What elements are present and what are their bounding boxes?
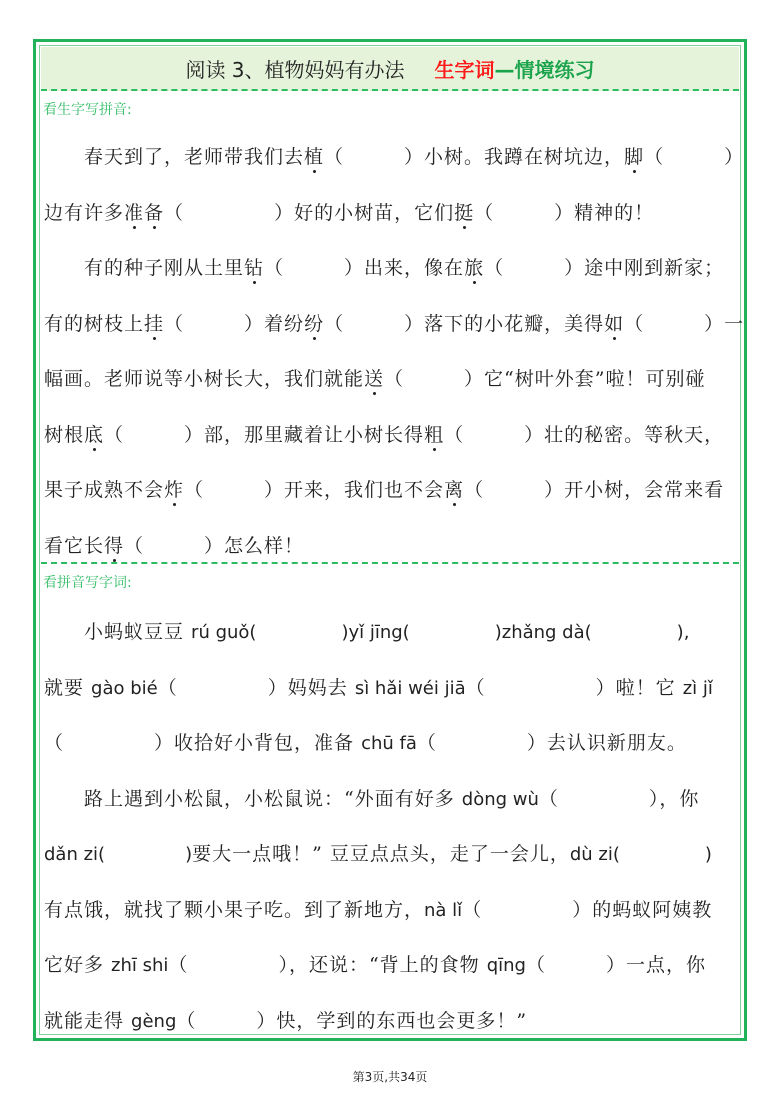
sentence-text: ）好的小树苗，它们 bbox=[274, 202, 454, 224]
sentence-text: 边有许多 bbox=[44, 202, 124, 224]
dotted-character: 挂 bbox=[144, 313, 164, 335]
sentence-text: 它好多 bbox=[44, 954, 111, 976]
section-divider bbox=[41, 562, 739, 564]
sentence-text: （ bbox=[464, 479, 484, 501]
pinyin-text: nà lǐ bbox=[424, 900, 462, 921]
sentence-text: （ bbox=[264, 257, 284, 279]
dotted-character: 植 bbox=[304, 146, 324, 168]
sentence-text: （ bbox=[324, 313, 344, 335]
sentence-text: （ bbox=[624, 313, 644, 335]
sentence-text: （ bbox=[644, 146, 664, 168]
dotted-character: 送 bbox=[364, 368, 384, 390]
sentence-text: （ bbox=[539, 788, 559, 810]
sentence-text: 看它长 bbox=[44, 535, 104, 557]
sentence-text: ）啦！它 bbox=[596, 677, 683, 699]
sentence-text: 有的种子刚从土里 bbox=[84, 257, 244, 279]
pinyin-text: sì hǎi wéi jiā bbox=[355, 678, 466, 699]
sentence-text: （ bbox=[324, 146, 344, 168]
sentence-text: （ bbox=[466, 677, 486, 699]
text-line: 就要 gào bié（）妈妈去 sì hǎi wéi jiā（）啦！它 zì j… bbox=[44, 673, 736, 700]
sentence-text: ），还说：“背上的食物 bbox=[278, 954, 486, 976]
sentence-text: ）小树。我蹲在树坑边， bbox=[404, 146, 624, 168]
text-line: dǎn zi()要大一点哦！” 豆豆点点头，走了一会儿，dù zi() bbox=[44, 839, 736, 866]
pinyin-text: zhī shi bbox=[111, 955, 168, 976]
dotted-character: 得 bbox=[104, 535, 124, 557]
sentence-text: 要大一点哦！” 豆豆点点头，走了一会儿， bbox=[192, 843, 570, 865]
dotted-character: 如 bbox=[604, 313, 624, 335]
sentence-text: ）开小树，会常来看 bbox=[544, 479, 724, 501]
dotted-character: 离 bbox=[444, 479, 464, 501]
sentence-text: 有点饿，就找了颗小果子吃。到了新地方， bbox=[44, 899, 424, 921]
pinyin-text: ), bbox=[677, 622, 690, 643]
sentence-text: 春天到了，老师带我们去 bbox=[84, 146, 304, 168]
text-line: 它好多 zhī shi（），还说：“背上的食物 qīng（）一点，你 bbox=[44, 950, 736, 977]
dotted-character: 粗 bbox=[424, 424, 444, 446]
pinyin-text: rú guǒ( bbox=[191, 622, 256, 643]
text-line: 树根底（）部，那里藏着让小树长得粗（）壮的秘密。等秋天， bbox=[44, 420, 736, 447]
sentence-text: ）快，学到的东西也会更多！” bbox=[256, 1010, 527, 1032]
sentence-text: （ bbox=[474, 202, 494, 224]
pinyin-text: qīng bbox=[487, 955, 526, 976]
sentence-text: ）途中刚到新家； bbox=[564, 257, 724, 279]
worksheet-frame: 阅读 3、植物妈妈有办法 生字词 —情境练习 看生字写拼音: 春天到了，老师带我… bbox=[33, 39, 747, 1041]
sentence-text: ）妈妈去 bbox=[268, 677, 355, 699]
sentence-text: 就能走得 bbox=[44, 1010, 131, 1032]
pinyin-text: )zhǎng dà( bbox=[495, 622, 592, 643]
sentence-text: ）的蚂蚁阿姨教 bbox=[572, 899, 712, 921]
sentence-text: ）着纷 bbox=[244, 313, 304, 335]
dotted-character: 备 bbox=[144, 202, 164, 224]
sentence-text: ）壮的秘密。等秋天， bbox=[524, 424, 724, 446]
text-line: 有的种子刚从土里钻（）出来，像在旅（）途中刚到新家； bbox=[44, 253, 736, 280]
sentence-text: ）收拾好小背包，准备 bbox=[154, 732, 361, 754]
dotted-character: 炸 bbox=[164, 479, 184, 501]
sentence-text: （ bbox=[384, 368, 404, 390]
sentence-text: ）一点，你 bbox=[606, 954, 706, 976]
sentence-text: 路上遇到小松鼠，小松鼠说：“外面有好多 bbox=[84, 788, 462, 810]
text-line: 看它长得（）怎么样！ bbox=[44, 531, 736, 558]
pinyin-text: zì jǐ bbox=[683, 678, 713, 699]
text-line: 路上遇到小松鼠，小松鼠说：“外面有好多 dòng wù（），你 bbox=[44, 784, 736, 811]
text-line: 有的树枝上挂（）着纷纷（）落下的小花瓣，美得如（）一 bbox=[44, 309, 736, 336]
sentence-text: （ bbox=[104, 424, 124, 446]
sentence-text: ）它“树叶外套”啦！可别碰 bbox=[464, 368, 705, 390]
subtitle-practice: —情境练习 bbox=[495, 54, 595, 83]
pinyin-text: dù zi( bbox=[570, 844, 620, 865]
sentence-text: （ bbox=[484, 257, 504, 279]
sentence-text: （ bbox=[124, 535, 144, 557]
sentence-text: ）去认识新朋友。 bbox=[527, 732, 687, 754]
text-line: 幅画。老师说等小树长大，我们就能送（）它“树叶外套”啦！可别碰 bbox=[44, 364, 736, 391]
sentence-text: （ bbox=[164, 202, 184, 224]
section2-label: 看拼音写字词: bbox=[43, 572, 132, 592]
sentence-text: （ bbox=[462, 899, 482, 921]
text-line: 就能走得 gèng（）快，学到的东西也会更多！” bbox=[44, 1006, 736, 1033]
sentence-text: ）开来，我们也不会 bbox=[264, 479, 444, 501]
pinyin-text: chū fā bbox=[361, 733, 417, 754]
pinyin-text: gèng bbox=[131, 1011, 176, 1032]
sentence-text: ） bbox=[724, 146, 744, 168]
sentence-text: （ bbox=[417, 732, 437, 754]
dotted-character: 底 bbox=[84, 424, 104, 446]
text-line: 小蚂蚁豆豆 rú guǒ()yǐ jīng()zhǎng dà(), bbox=[44, 617, 736, 644]
sentence-text: （ bbox=[444, 424, 464, 446]
sentence-text: （ bbox=[176, 1010, 196, 1032]
text-line: 边有许多准备（）好的小树苗，它们挺（）精神的！ bbox=[44, 198, 736, 225]
subtitle-vocab: 生字词 bbox=[435, 54, 495, 83]
dotted-character: 脚 bbox=[624, 146, 644, 168]
sentence-text: （ bbox=[158, 677, 178, 699]
dotted-character: 挺 bbox=[454, 202, 474, 224]
sentence-text: （ bbox=[168, 954, 188, 976]
sentence-text: （ bbox=[164, 313, 184, 335]
text-line: （）收拾好小背包，准备 chū fā（）去认识新朋友。 bbox=[44, 728, 736, 755]
section1-label: 看生字写拼音: bbox=[43, 99, 132, 119]
dotted-character: 旅 bbox=[464, 257, 484, 279]
sentence-text: ），你 bbox=[649, 788, 700, 810]
sentence-text: 树根 bbox=[44, 424, 84, 446]
dotted-character: 钻 bbox=[244, 257, 264, 279]
sentence-text: ）出来，像在 bbox=[344, 257, 464, 279]
dotted-character: 准 bbox=[124, 202, 144, 224]
worksheet-header: 阅读 3、植物妈妈有办法 生字词 —情境练习 bbox=[41, 47, 739, 91]
sentence-text: 果子成熟不会 bbox=[44, 479, 164, 501]
sentence-text: 有的树枝上 bbox=[44, 313, 144, 335]
text-line: 果子成熟不会炸（）开来，我们也不会离（）开小树，会常来看 bbox=[44, 475, 736, 502]
text-line: 有点饿，就找了颗小果子吃。到了新地方，nà lǐ（）的蚂蚁阿姨教 bbox=[44, 895, 736, 922]
sentence-text: ）部，那里藏着让小树长得 bbox=[184, 424, 424, 446]
sentence-text: （ bbox=[526, 954, 546, 976]
pinyin-text: gào bié bbox=[91, 678, 158, 699]
sentence-text: ）精神的！ bbox=[554, 202, 654, 224]
sentence-text: 就要 bbox=[44, 677, 91, 699]
pinyin-text: dòng wù bbox=[462, 789, 539, 810]
sentence-text: （ bbox=[44, 732, 64, 754]
sentence-text: 幅画。老师说等小树长大，我们就能 bbox=[44, 368, 364, 390]
sentence-text: ）怎么样！ bbox=[204, 535, 304, 557]
page-footer: 第3页,共34页 bbox=[0, 1068, 780, 1085]
sentence-text: 小蚂蚁豆豆 bbox=[84, 621, 191, 643]
pinyin-text: )yǐ jīng( bbox=[341, 622, 409, 643]
lesson-title: 阅读 3、植物妈妈有办法 bbox=[185, 54, 404, 83]
pinyin-text: dǎn zi( bbox=[44, 844, 105, 865]
sentence-text: （ bbox=[184, 479, 204, 501]
sentence-text: ）落下的小花瓣，美得 bbox=[404, 313, 604, 335]
dotted-character: 纷 bbox=[304, 313, 324, 335]
text-line: 春天到了，老师带我们去植（）小树。我蹲在树坑边，脚（） bbox=[44, 142, 736, 169]
sentence-text: ）一 bbox=[704, 313, 744, 335]
pinyin-text: ) bbox=[705, 844, 712, 865]
